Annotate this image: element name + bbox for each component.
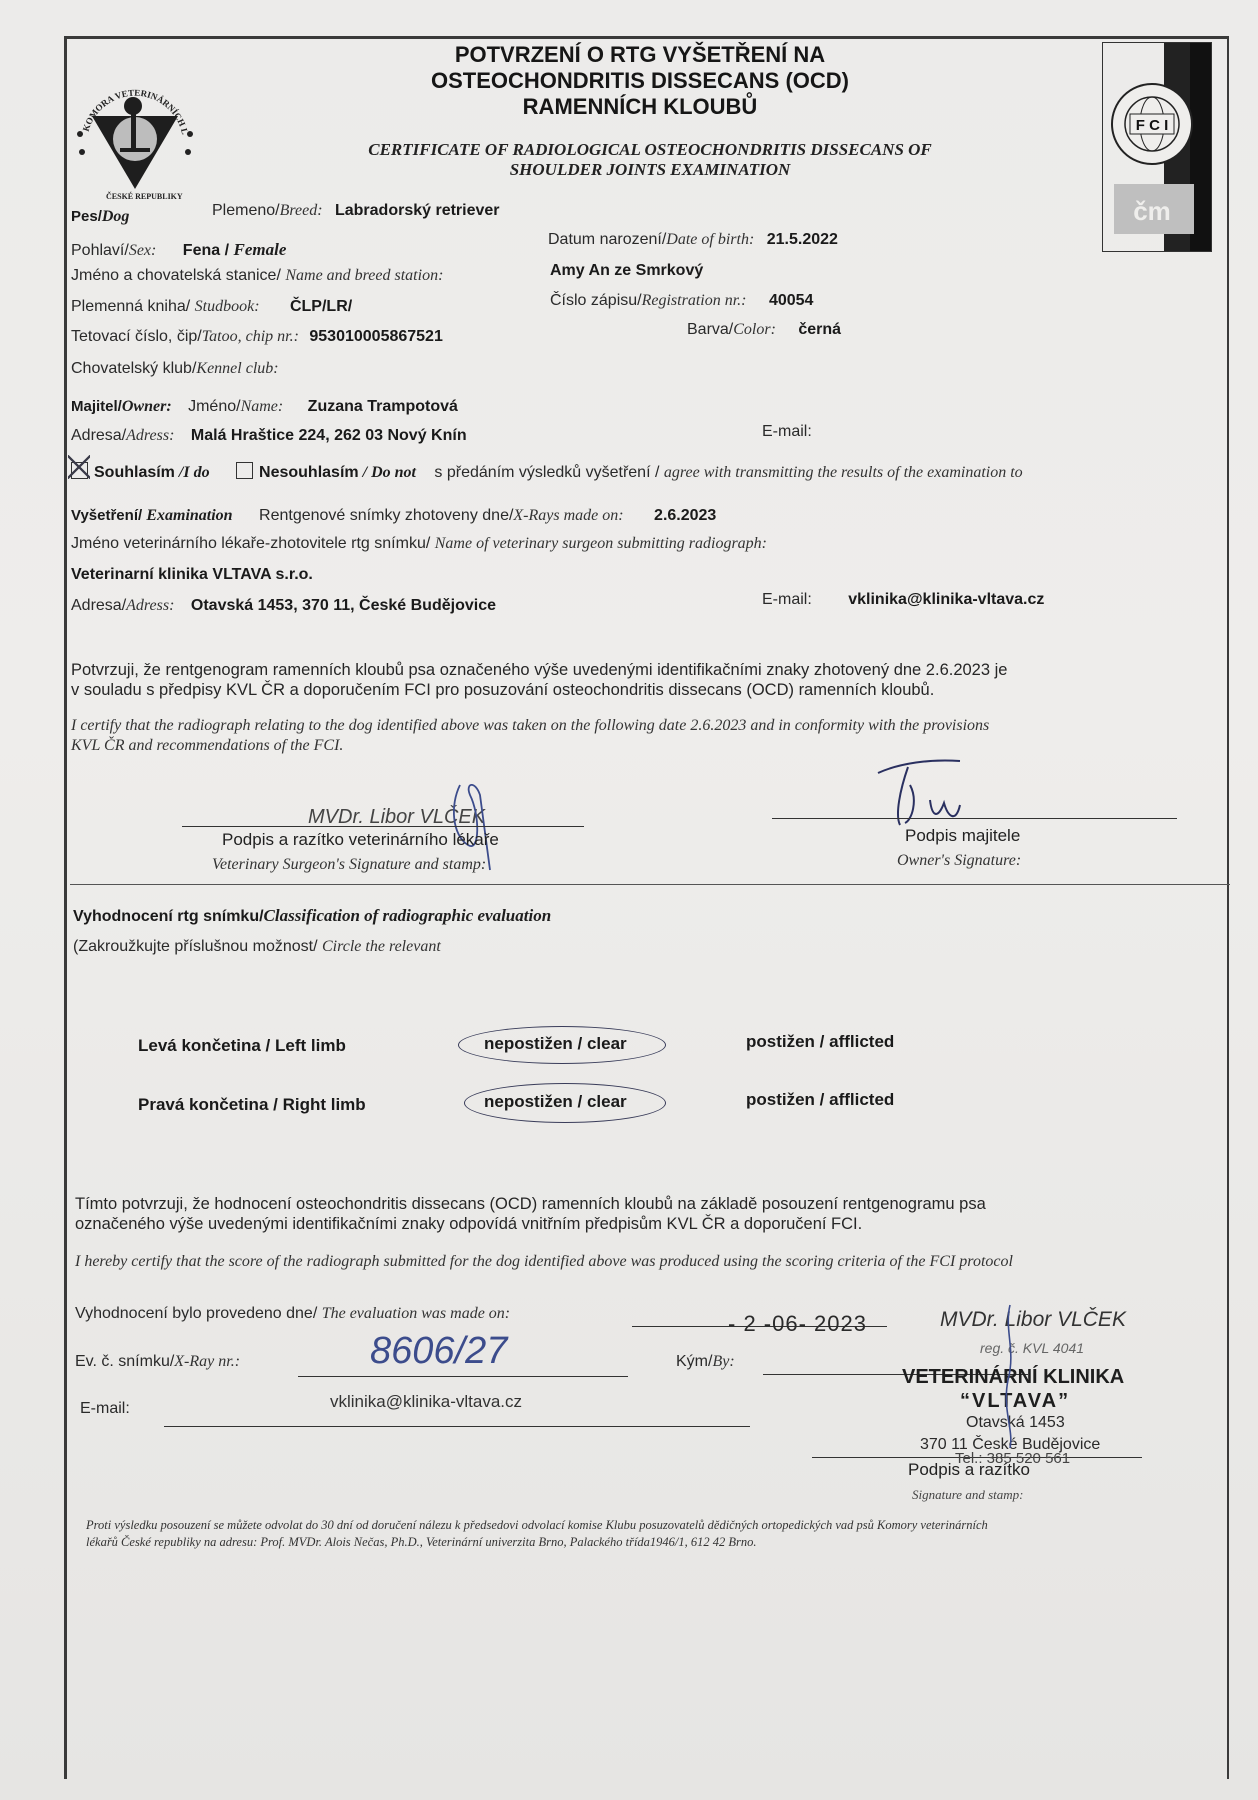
- section-divider: [70, 884, 1230, 885]
- owner-name-value: Zuzana Trampotová: [308, 398, 458, 415]
- evaluation-date-value: - 2 -06- 2023: [728, 1311, 867, 1337]
- page-title: POTVRZENÍ O RTG VYŠETŘENÍ NA OSTEOCHONDR…: [330, 42, 950, 120]
- xray-nr-field: Ev. č. snímku/X-Ray nr.:: [75, 1353, 240, 1371]
- chip-field: Tetovací číslo, čip/Tatoo, chip nr.: 953…: [71, 328, 443, 346]
- sex-field: Pohlaví/Sex: Fena / Female: [71, 240, 286, 260]
- registration-value: 40054: [769, 292, 814, 309]
- registration-field: Číslo zápisu/Registration nr.: 40054: [550, 292, 813, 310]
- appeal-notice: Proti výsledku posouzení se můžete odvol…: [86, 1517, 988, 1551]
- vet-address-value: Otavská 1453, 370 11, České Budějovice: [191, 597, 496, 614]
- vet-signature-line: [182, 826, 584, 827]
- svg-text:ČESKÉ REPUBLIKY: ČESKÉ REPUBLIKY: [106, 191, 183, 201]
- final-email-line: [164, 1426, 750, 1427]
- vet-email-value: vklinika@klinika-vltava.cz: [848, 591, 1044, 608]
- color-value: černá: [798, 321, 841, 338]
- studbook-value: ČLP/LR/: [290, 298, 352, 315]
- evaluation-instruction: (Zakroužkujte příslušnou možnost/ Circle…: [73, 938, 441, 956]
- right-limb-label: Pravá končetina / Right limb: [138, 1095, 366, 1115]
- owner-email-label: E-mail:: [762, 423, 812, 441]
- right-limb-afflicted-option[interactable]: postižen / afflicted: [746, 1090, 894, 1110]
- page-subtitle: CERTIFICATE OF RADIOLOGICAL OSTEOCHONDRI…: [300, 140, 1000, 180]
- consent-yes-checkbox[interactable]: [71, 462, 88, 479]
- consent-no-checkbox[interactable]: [236, 462, 253, 479]
- xray-nr-value: 8606/27: [370, 1330, 507, 1373]
- left-limb-clear-option[interactable]: nepostižen / clear: [484, 1034, 627, 1054]
- xray-date-value: 2.6.2023: [654, 507, 716, 524]
- breed-field: Plemeno/Breed: Labradorský retriever: [212, 202, 500, 220]
- certification-cz: Potvrzuji, že rentgenogram ramenních klo…: [71, 660, 1007, 700]
- breed-value: Labradorský retriever: [335, 202, 500, 219]
- vet-signature-label-en: Veterinary Surgeon's Signature and stamp…: [212, 856, 486, 874]
- final-certification-cz: Tímto potvrzuji, že hodnocení osteochond…: [75, 1194, 986, 1234]
- vet-name-value: Veterinarní klinika VLTAVA s.r.o.: [71, 566, 313, 584]
- dog-section-label: Pes/Dog: [71, 208, 129, 226]
- vet-address-field: Adresa/Adress: Otavská 1453, 370 11, Čes…: [71, 597, 496, 615]
- owner-signature: [860, 745, 1010, 835]
- left-limb-label: Levá končetina / Left limb: [138, 1036, 346, 1056]
- owner-address-field: Adresa/Adress: Malá Hraštice 224, 262 03…: [71, 427, 467, 445]
- consent-row: Souhlasím /I do Nesouhlasím / Do not s p…: [71, 462, 1023, 482]
- stamp-signature: [990, 1300, 1030, 1450]
- studbook-field: Plemenná kniha/ Studbook: ČLP/LR/: [71, 298, 352, 316]
- fci-logo: F C I čm: [1102, 42, 1212, 252]
- certification-en: I certify that the radiograph relating t…: [71, 716, 989, 756]
- dob-value: 21.5.2022: [767, 231, 838, 248]
- owner-signature-line: [772, 818, 1177, 819]
- final-email-label: E-mail:: [80, 1400, 130, 1418]
- vet-signature-label-cz: Podpis a razítko veterinárního lékaře: [222, 830, 499, 850]
- xray-nr-line: [298, 1376, 628, 1377]
- owner-name-field: Majitel/Owner: Jméno/Name: Zuzana Trampo…: [71, 398, 458, 416]
- dog-name-value: Amy An ze Smrkový: [550, 262, 703, 280]
- owner-signature-label-cz: Podpis majitele: [905, 826, 1020, 846]
- stamp-signature-label-cz: Podpis a razítko: [908, 1460, 1030, 1480]
- dob-field: Datum narození/Date of birth: 21.5.2022: [548, 231, 838, 249]
- stamp-signature-label-en: Signature and stamp:: [912, 1487, 1023, 1503]
- kvl-logo: KOMORA VETERINÁRNÍCH LÉKAŘŮ ČESKÉ REPUBL…: [70, 54, 200, 204]
- svg-text:F C I: F C I: [1136, 117, 1169, 134]
- right-limb-clear-option[interactable]: nepostižen / clear: [484, 1092, 627, 1112]
- svg-text:čm: čm: [1133, 196, 1171, 226]
- vet-name-label: Jméno veterinárního lékaře-zhotovitele r…: [71, 535, 767, 553]
- owner-signature-label-en: Owner's Signature:: [897, 852, 1021, 870]
- left-limb-afflicted-option[interactable]: postižen / afflicted: [746, 1032, 894, 1052]
- final-certification-en: I hereby certify that the score of the r…: [75, 1252, 1013, 1272]
- owner-address-value: Malá Hraštice 224, 262 03 Nový Knín: [191, 427, 467, 444]
- stamp-doctor: MVDr. Libor VLČEK: [940, 1308, 1126, 1332]
- name-station-field: Jméno a chovatelská stanice/ Name and br…: [71, 267, 443, 285]
- vet-email-field: E-mail: vklinika@klinika-vltava.cz: [762, 591, 1044, 609]
- by-field: Kým/By:: [676, 1353, 735, 1371]
- color-field: Barva/Color: černá: [687, 321, 841, 339]
- evaluation-title: Vyhodnocení rtg snímku/Classification of…: [73, 906, 551, 926]
- evaluation-date-field: Vyhodnocení bylo provedeno dne/ The eval…: [75, 1305, 510, 1323]
- kennel-club-field: Chovatelský klub/Kennel club:: [71, 360, 279, 378]
- examination-field: Vyšetření/ Examination Rentgenové snímky…: [71, 507, 716, 525]
- final-email-value: vklinika@klinika-vltava.cz: [330, 1392, 522, 1412]
- chip-value: 953010005867521: [309, 328, 442, 345]
